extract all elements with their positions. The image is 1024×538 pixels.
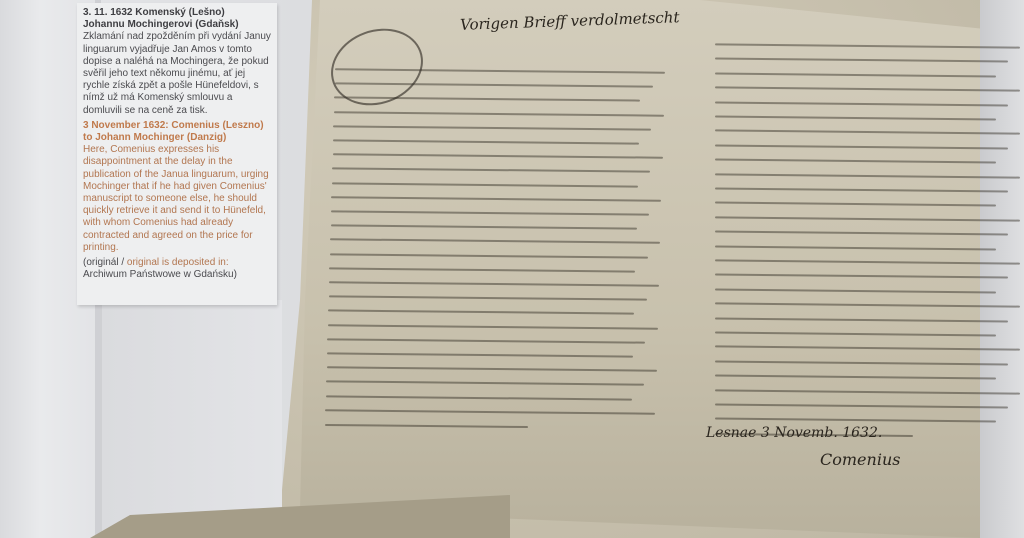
label-en-heading-2: to Johann Mochinger (Danzig)	[83, 132, 226, 143]
label-cz-heading-2: Johannu Mochingerovi (Gdaňsk)	[83, 19, 239, 30]
label-cz-heading-1: 3. 11. 1632 Komenský (Lešno)	[83, 7, 225, 18]
exhibit-label: 3. 11. 1632 Komenský (Lešno) Johannu Moc…	[77, 3, 277, 305]
label-en-heading-1: 3 November 1632: Comenius (Leszno)	[83, 120, 264, 131]
label-deposit-archive: Archiwum Państwowe w Gdańsku)	[83, 269, 237, 280]
right-wall	[979, 0, 1024, 538]
label-cz-body: Zklamání nad zpožděním při vydání Januy …	[83, 31, 271, 115]
label-deposit-en: original is deposited in:	[127, 257, 229, 268]
label-en-body: Here, Comenius expresses his disappointm…	[83, 144, 269, 253]
display-panel	[100, 300, 282, 538]
signature: Comenius	[820, 450, 900, 469]
label-deposit-prefix: (originál /	[83, 257, 127, 268]
